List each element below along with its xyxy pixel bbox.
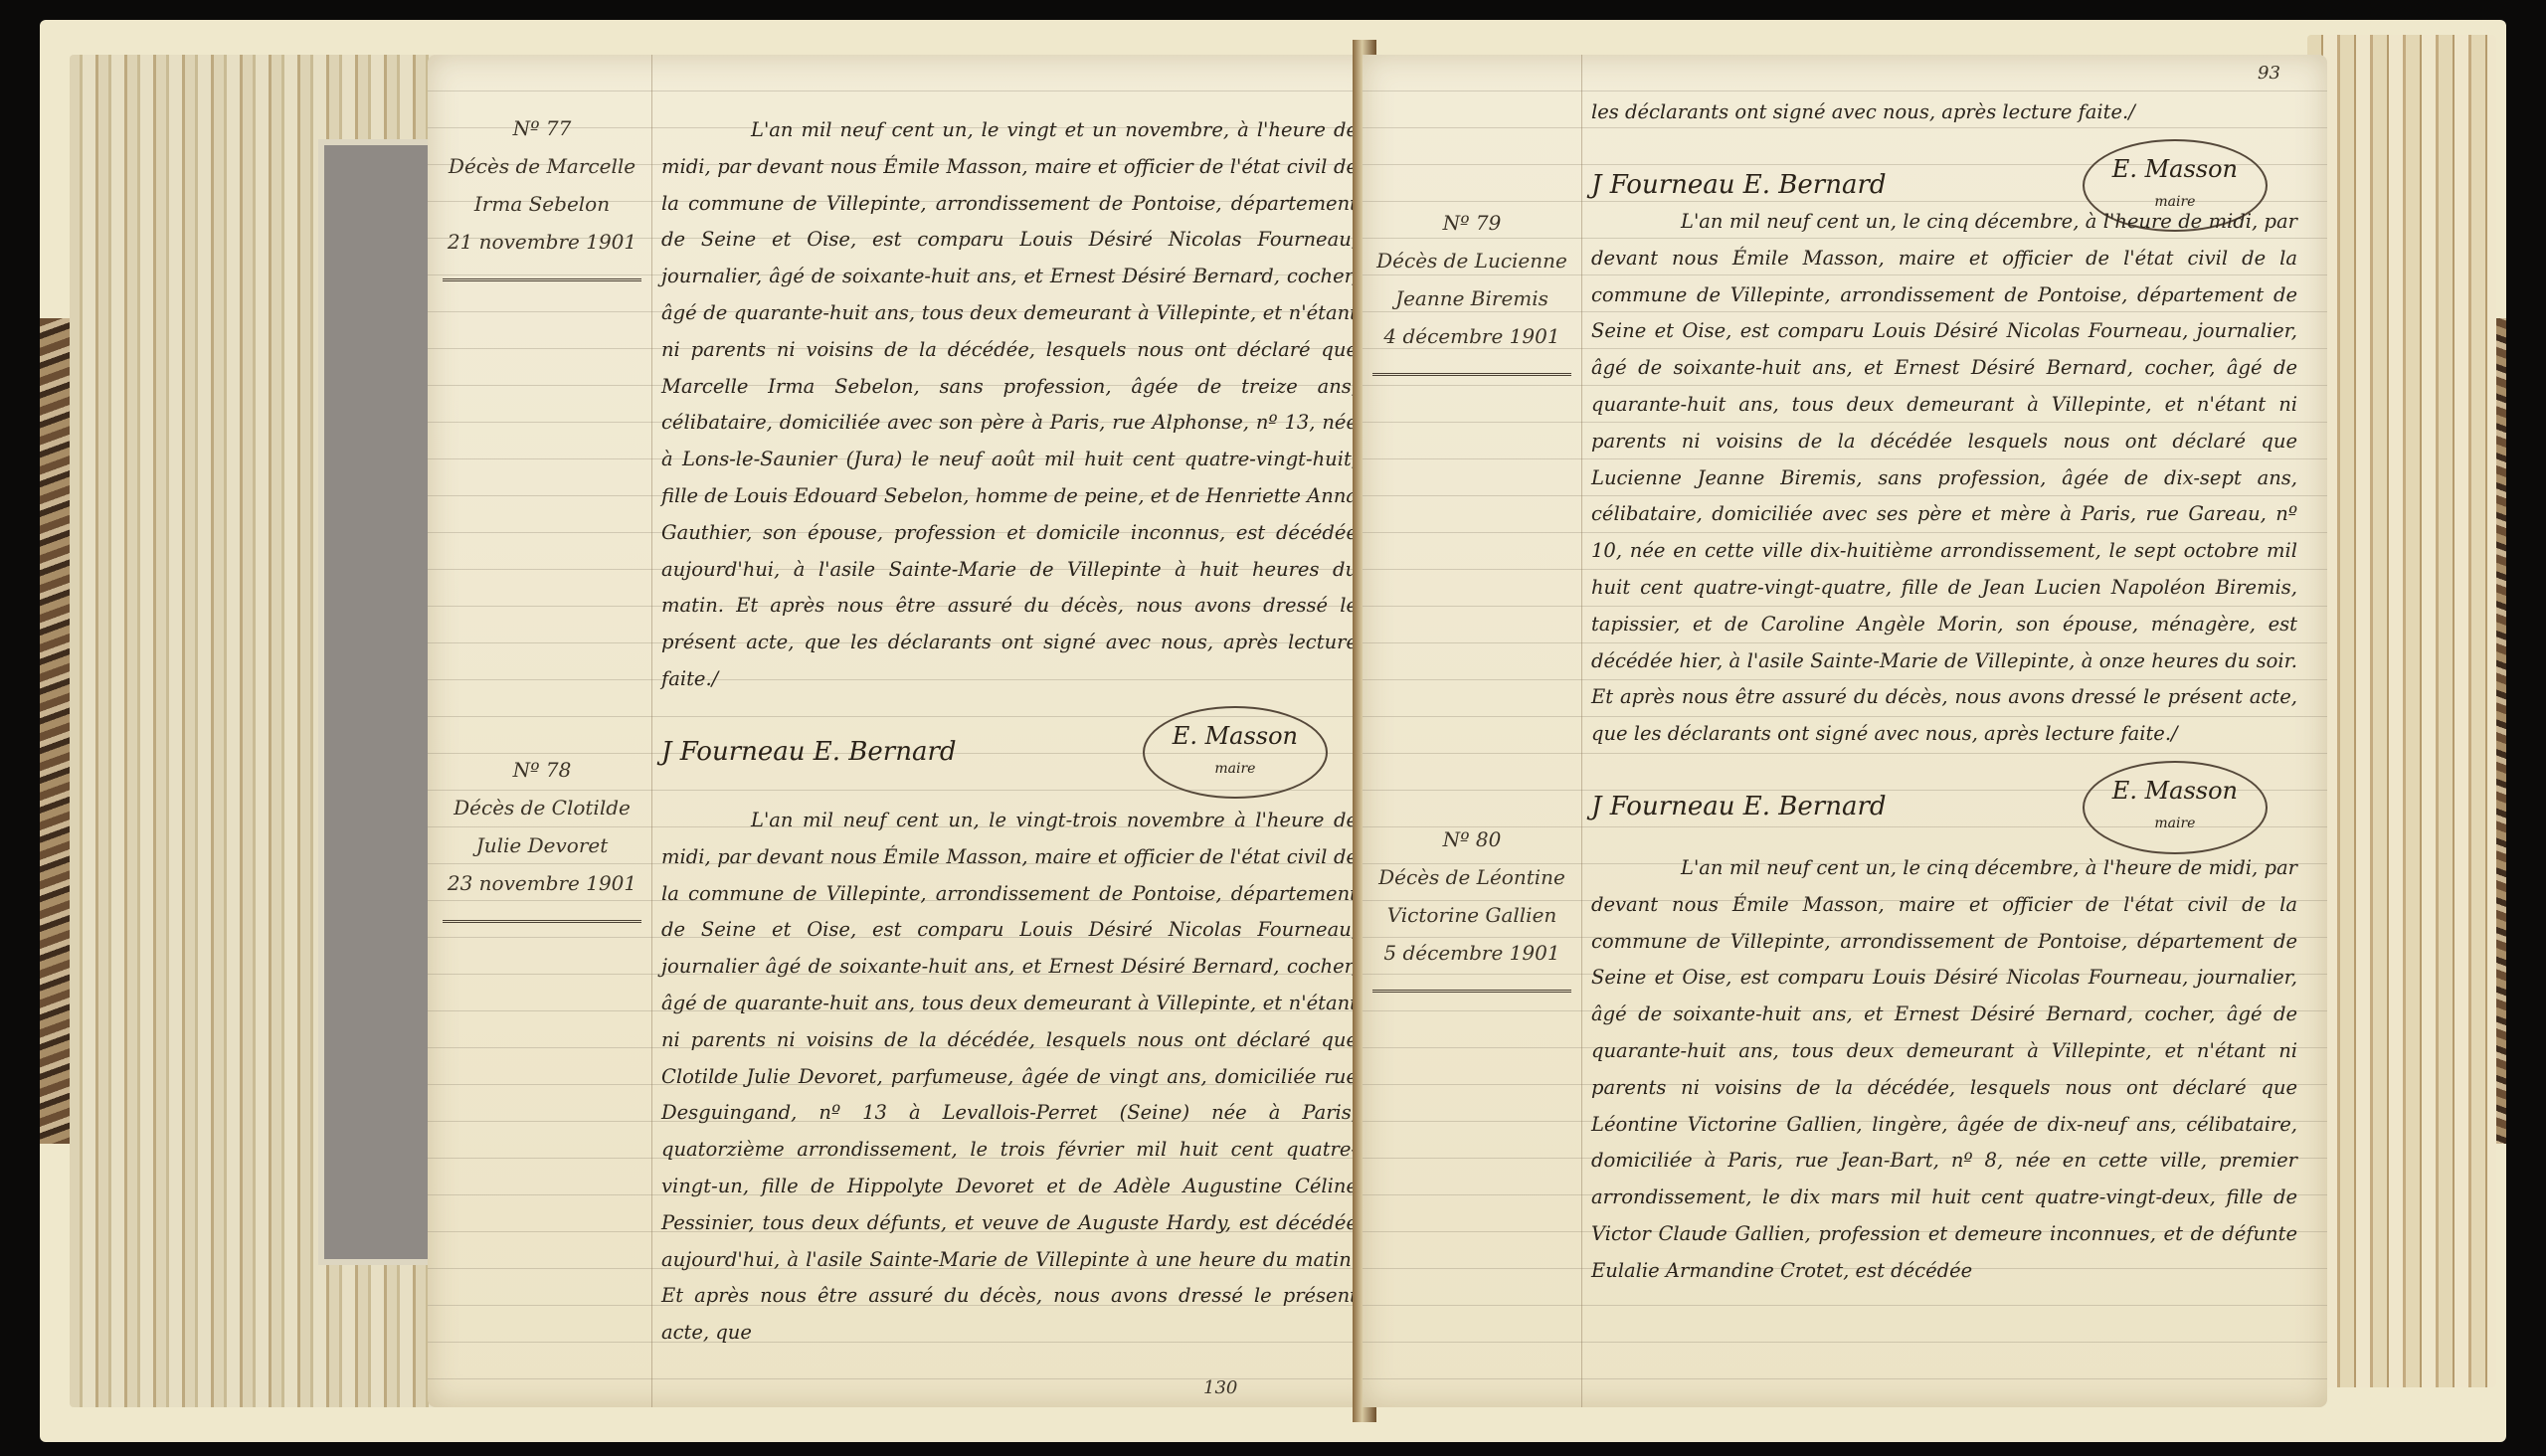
signatures: J Fourneau E. Bernard E. Masson maire [661, 698, 1358, 800]
witness-signatures: J Fourneau E. Bernard [661, 734, 957, 771]
margin-title-date: 5 décembre 1901 [1358, 934, 1586, 972]
double-rule [1372, 990, 1571, 993]
double-rule [1372, 373, 1571, 376]
death-record-78: L'an mil neuf cent un, le vingt-trois no… [661, 803, 1358, 1352]
margin-title-entry-78: Nº 78 Décès de Clotilde Julie Devoret 23… [428, 751, 656, 923]
witness-signatures: J Fourneau E. Bernard [1591, 167, 1887, 204]
margin-title-entry-79: Nº 79 Décès de Lucienne Jeanne Biremis 4… [1358, 204, 1586, 376]
entry-number: Nº 77 [428, 109, 656, 147]
folio-number: 130 [1203, 1377, 1237, 1398]
record-text: L'an mil neuf cent un, le vingt-trois no… [661, 803, 1358, 1352]
margin-title-entry-80: Nº 80 Décès de Léontine Victorine Gallie… [1358, 820, 1586, 993]
record-text: L'an mil neuf cent un, le cinq décembre,… [1591, 850, 2297, 1290]
mayor-name: E. Masson [2112, 155, 2238, 183]
margin-title-line: Julie Devoret [428, 826, 656, 864]
margin-title-entry-77: Nº 77 Décès de Marcelle Irma Sebelon 21 … [428, 109, 656, 281]
margin-title-date: 4 décembre 1901 [1358, 317, 1586, 355]
margin-title-line: Décès de Léontine [1358, 858, 1586, 896]
margin-title-line: Décès de Marcelle [428, 147, 656, 185]
margin-title-line: Décès de Clotilde [428, 789, 656, 826]
left-page: Nº 77 Décès de Marcelle Irma Sebelon 21 … [428, 55, 1382, 1407]
folio-number: 93 [2258, 63, 2280, 84]
mayor-name: E. Masson [1173, 722, 1298, 750]
mayor-signature: E. Masson maire [2083, 761, 2268, 854]
signatures: J Fourneau E. Bernard E. Masson maire [1591, 753, 2297, 854]
double-rule [443, 920, 641, 923]
death-record-79: L'an mil neuf cent un, le cinq décembre,… [1591, 204, 2297, 854]
witness-signatures: J Fourneau E. Bernard [1591, 789, 1887, 825]
death-record-80: L'an mil neuf cent un, le cinq décembre,… [1591, 850, 2297, 1290]
death-record-77: L'an mil neuf cent un, le vingt et un no… [661, 112, 1358, 799]
record-text: L'an mil neuf cent un, le vingt et un no… [661, 112, 1358, 698]
mayor-name: E. Masson [2112, 777, 2238, 805]
right-page: 93 les déclarants ont signé avec nous, a… [1363, 55, 2327, 1407]
margin-title-line: Décès de Lucienne [1358, 242, 1586, 279]
double-rule [443, 278, 641, 281]
margin-title-date: 21 novembre 1901 [428, 223, 656, 261]
mayor-title: maire [1173, 751, 1298, 788]
margin-title-line: Irma Sebelon [428, 185, 656, 223]
record-text: L'an mil neuf cent un, le cinq décembre,… [1591, 204, 2297, 753]
mayor-title: maire [2112, 806, 2238, 842]
marbled-cover-left [40, 318, 72, 1144]
margin-title-line: Victorine Gallien [1358, 896, 1586, 934]
entry-number: Nº 80 [1358, 820, 1586, 858]
entry-number: Nº 79 [1358, 204, 1586, 242]
margin-title-date: 23 novembre 1901 [428, 864, 656, 902]
continuation-text: les déclarants ont signé avec nous, aprè… [1591, 94, 2297, 131]
page-stack-right [2307, 35, 2496, 1387]
margin-title-line: Jeanne Biremis [1358, 279, 1586, 317]
entry-number: Nº 78 [428, 751, 656, 789]
mayor-signature: E. Masson maire [1143, 706, 1328, 800]
